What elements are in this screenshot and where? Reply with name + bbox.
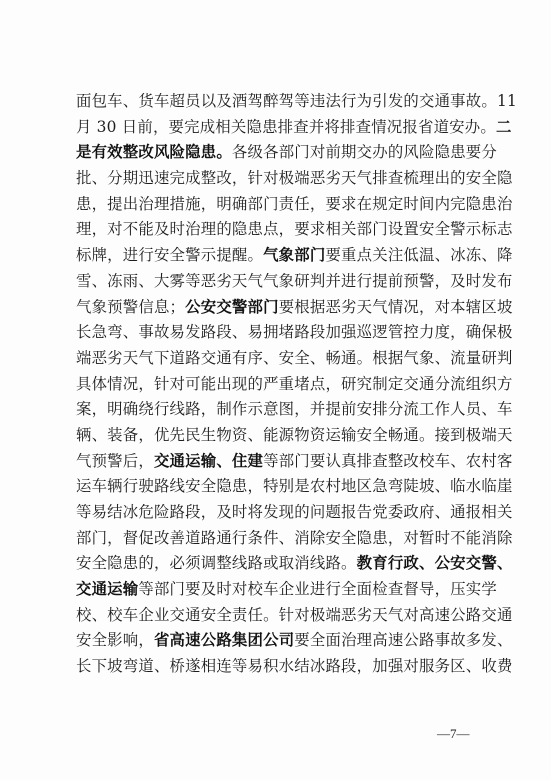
text-line: 校、校车企业交通安全责任。针对极端恶劣天气对高速公路交通 <box>76 603 486 629</box>
text-segment: 要重点关注低温、冰冻、降 <box>325 246 512 264</box>
text-line: 雪、冻雨、大雾等恶劣天气气象研判并进行提前预警，及时发布 <box>76 269 486 295</box>
emphasized-text: 气象部门 <box>263 246 325 264</box>
text-segment: 长下坡弯道、桥遂相连等易积水结冰路段，加强对服务区、收费 <box>76 657 513 675</box>
body-text: 面包车、货车超员以及酒驾醉驾等违法行为引发的交通事故。11月 30 日前，要完成… <box>76 89 486 680</box>
text-segment: 端恶劣天气下道路交通有序、安全、畅通。根据气象、流量研判 <box>76 349 513 367</box>
text-segment: 月 30 日前，要完成相关隐患排查并将排查情况报省道安办。 <box>76 118 496 136</box>
text-line: 气预警后，交通运输、住建等部门要认真排查整改校车、农村客 <box>76 449 486 475</box>
text-line: 辆、装备，优先民生物资、能源物资运输安全畅通。接到极端天 <box>76 423 486 449</box>
text-line: 端恶劣天气下道路交通有序、安全、畅通。根据气象、流量研判 <box>76 346 486 372</box>
text-line: 部门，督促改善道路通行条件、消除安全隐患，对暂时不能消除 <box>76 526 486 552</box>
text-line: 长下坡弯道、桥遂相连等易积水结冰路段，加强对服务区、收费 <box>76 654 486 680</box>
emphasized-text: 是有效整改风险隐患。 <box>76 143 232 161</box>
text-segment: 批、分期迅速完成整改，针对极端恶劣天气排查梳理出的安全隐 <box>76 169 513 187</box>
text-segment: 要根据恶劣天气情况，对本辖区坡 <box>279 298 513 316</box>
text-line: 标牌，进行安全警示提醒。气象部门要重点关注低温、冰冻、降 <box>76 243 486 269</box>
text-line: 长急弯、事故易发路段、易拥堵路段加强巡逻管控力度，确保极 <box>76 320 486 346</box>
text-segment: 气预警后， <box>76 452 154 470</box>
text-segment: 部门，督促改善道路通行条件、消除安全隐患，对暂时不能消除 <box>76 529 513 547</box>
text-segment: 具体情况，针对可能出现的严重堵点，研究制定交通分流组织方 <box>76 375 513 393</box>
text-line: 批、分期迅速完成整改，针对极端恶劣天气排查梳理出的安全隐 <box>76 166 486 192</box>
emphasized-text: 二 <box>496 118 512 136</box>
text-line: 安全隐患的，必须调整线路或取消线路。教育行政、公安交警、 <box>76 551 486 577</box>
text-segment: 辆、装备，优先民生物资、能源物资运输安全畅通。接到极端天 <box>76 426 513 444</box>
text-line: 理，对不能及时治理的隐患点，要求相关部门设置安全警示标志 <box>76 217 486 243</box>
emphasized-text: 交通运输 <box>76 580 138 598</box>
text-line: 交通运输等部门要及时对校车企业进行全面检查督导，压实学 <box>76 577 486 603</box>
emphasized-text: 交通运输、住建 <box>154 452 263 470</box>
text-segment: 理，对不能及时治理的隐患点，要求相关部门设置安全警示标志 <box>76 220 513 238</box>
text-line: 运车辆行驶路线安全隐患，特别是农村地区急弯陡坡、临水临崖 <box>76 474 486 500</box>
text-segment: 安全影响， <box>76 631 154 649</box>
text-line: 是有效整改风险隐患。各级各部门对前期交办的风险隐患要分 <box>76 140 486 166</box>
text-segment: 要全面治理高速公路事故多发、 <box>294 631 512 649</box>
text-segment: 面包车、货车超员以及酒驾醉驾等违法行为引发的交通事故。11 <box>76 92 517 110</box>
text-segment: 患，提出治理措施，明确部门责任，要求在规定时间内完隐患治 <box>76 195 513 213</box>
text-segment: 气象预警信息； <box>76 298 185 316</box>
text-segment: 等易结冰危险路段，及时将发现的问题报告党委政府、通报相关 <box>76 503 513 521</box>
emphasized-text: 省高速公路集团公司 <box>154 631 294 649</box>
text-line: 等易结冰危险路段，及时将发现的问题报告党委政府、通报相关 <box>76 500 486 526</box>
text-segment: 校、校车企业交通安全责任。针对极端恶劣天气对高速公路交通 <box>76 606 513 624</box>
emphasized-text: 公安交警部门 <box>185 298 279 316</box>
text-segment: 安全隐患的，必须调整线路或取消线路。 <box>76 554 357 572</box>
text-line: 安全影响，省高速公路集团公司要全面治理高速公路事故多发、 <box>76 628 486 654</box>
document-page: 面包车、货车超员以及酒驾醉驾等违法行为引发的交通事故。11月 30 日前，要完成… <box>0 0 551 780</box>
emphasized-text: 教育行政、公安交警、 <box>357 554 513 572</box>
text-segment: 标牌，进行安全警示提醒。 <box>76 246 263 264</box>
text-segment: 运车辆行驶路线安全隐患，特别是农村地区急弯陡坡、临水临崖 <box>76 477 513 495</box>
text-line: 患，提出治理措施，明确部门责任，要求在规定时间内完隐患治 <box>76 192 486 218</box>
page-number: —7— <box>437 726 470 742</box>
text-line: 面包车、货车超员以及酒驾醉驾等违法行为引发的交通事故。11 <box>76 89 486 115</box>
text-segment: 等部门要认真排查整改校车、农村客 <box>263 452 512 470</box>
text-segment: 等部门要及时对校车企业进行全面检查督导，压实学 <box>138 580 497 598</box>
text-segment: 案，明确绕行线路，制作示意图，并提前安排分流工作人员、车 <box>76 400 513 418</box>
text-line: 气象预警信息；公安交警部门要根据恶劣天气情况，对本辖区坡 <box>76 295 486 321</box>
text-line: 具体情况，针对可能出现的严重堵点，研究制定交通分流组织方 <box>76 372 486 398</box>
text-segment: 长急弯、事故易发路段、易拥堵路段加强巡逻管控力度，确保极 <box>76 323 513 341</box>
text-line: 案，明确绕行线路，制作示意图，并提前安排分流工作人员、车 <box>76 397 486 423</box>
text-segment: 各级各部门对前期交办的风险隐患要分 <box>232 143 497 161</box>
text-segment: 雪、冻雨、大雾等恶劣天气气象研判并进行提前预警，及时发布 <box>76 272 513 290</box>
text-line: 月 30 日前，要完成相关隐患排查并将排查情况报省道安办。二 <box>76 115 486 141</box>
